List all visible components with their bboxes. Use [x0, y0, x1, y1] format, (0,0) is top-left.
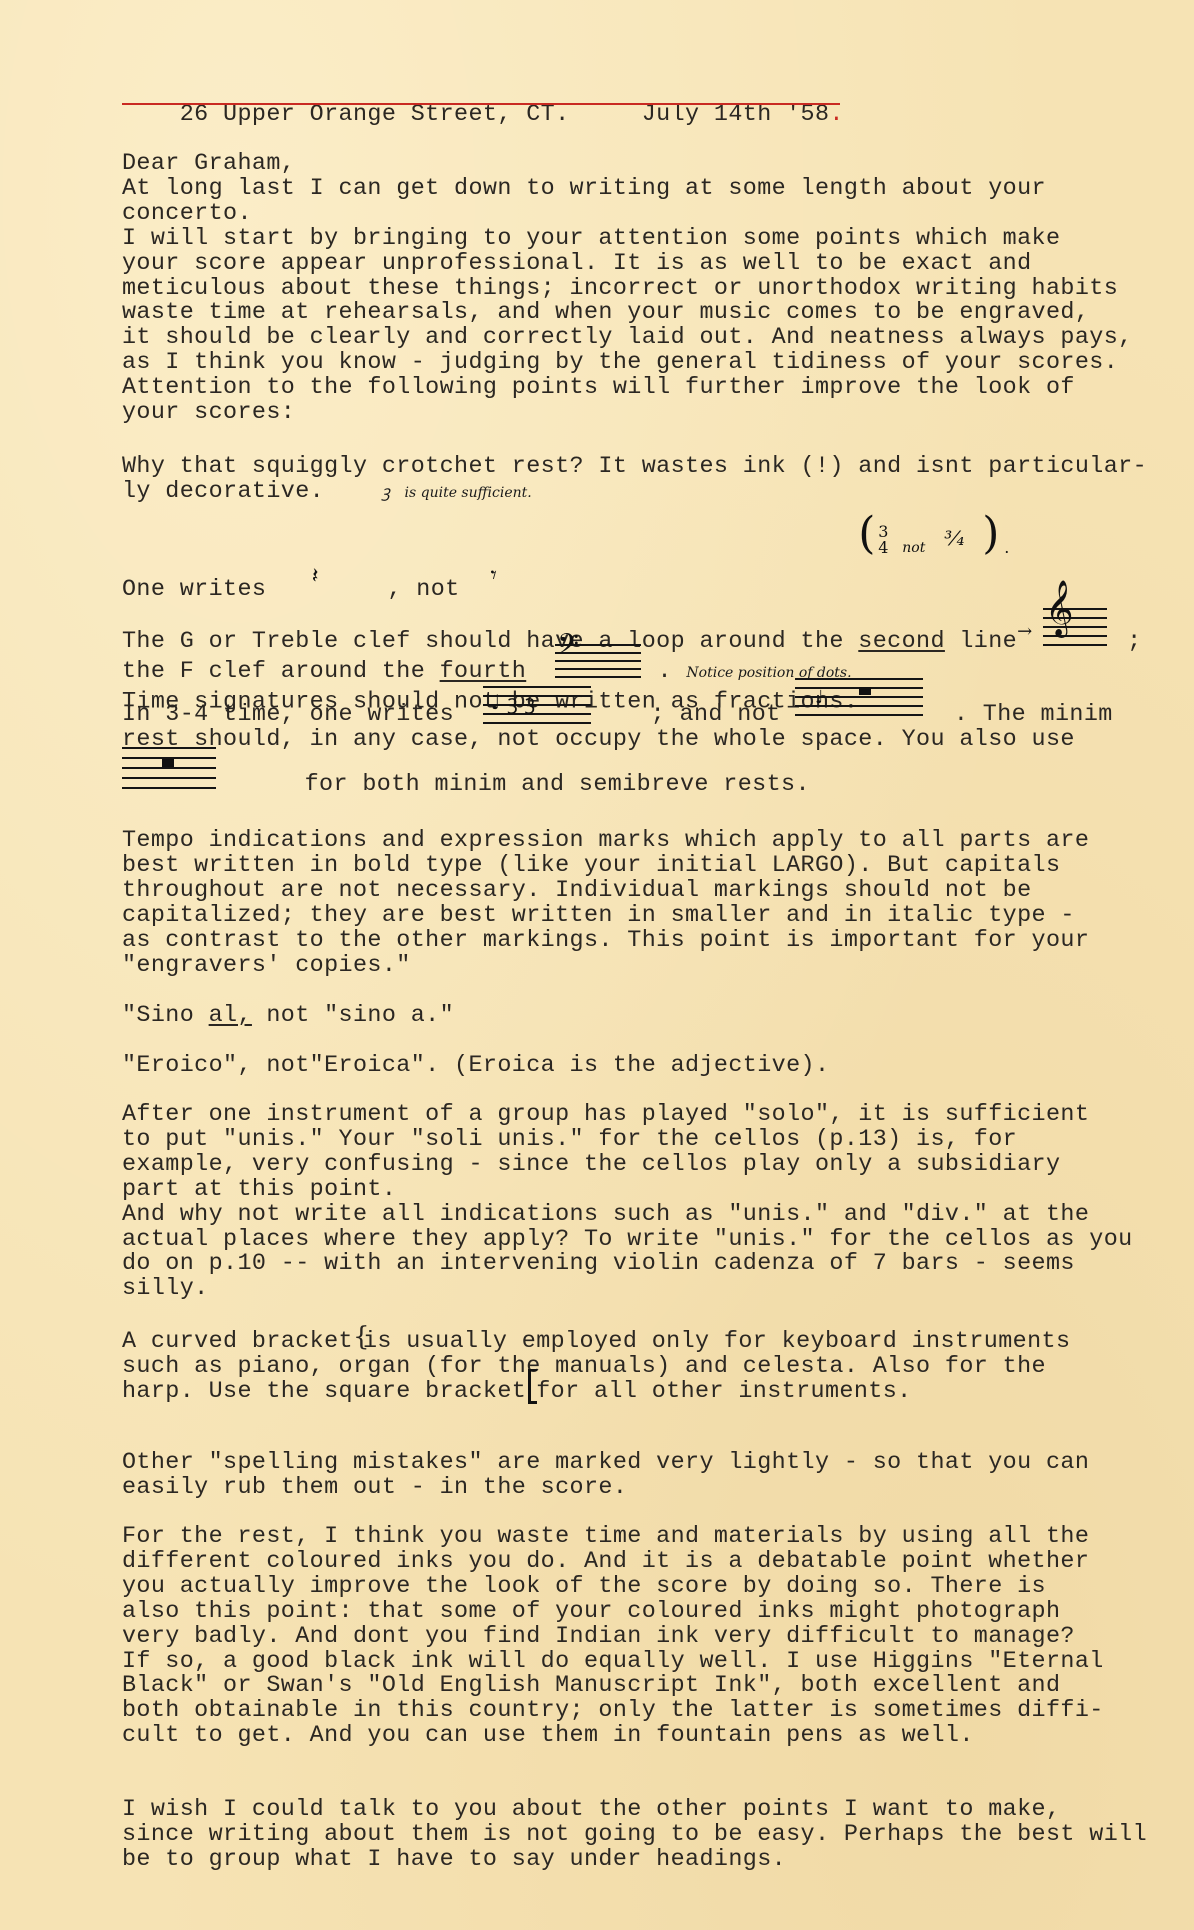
clef-line-2: the F clef around the fourth 𝄢 . Notice …	[122, 656, 1142, 686]
intro-line: At long last I can get down to writing a…	[122, 177, 1133, 202]
closing-line: be to group what I have to say under hea…	[122, 1848, 1147, 1873]
eroico-paragraph: "Eroico", not"Eroica". (Eroica is the ad…	[122, 1054, 829, 1079]
curved-bracket-icon: {	[353, 1327, 363, 1355]
solo-line: part at this point.	[122, 1178, 1133, 1203]
intro-block: Dear Graham, At long last I can get down…	[122, 152, 1133, 426]
tempo-line: as contrast to the other markings. This …	[122, 929, 1089, 954]
address: 26 Upper Orange Street, CT.	[180, 102, 570, 128]
handwritten-note: is quite sufficient.	[405, 485, 532, 501]
intro-line: as I think you know - judging by the gen…	[122, 351, 1133, 376]
minim-line-1: In 3-4 time, one writes ♩ ꝫ ꝫ ; and not …	[122, 700, 1113, 728]
accidental-correct-icon: 𝄽	[310, 577, 330, 601]
inks-line: If so, a good black ink will do equally …	[122, 1650, 1104, 1675]
minim-rest-correct-icon: ♩ ꝫ ꝫ	[483, 700, 593, 728]
tempo-line: capitalized; they are best written in sm…	[122, 904, 1089, 929]
solo-line: actual places where they apply? To write…	[122, 1228, 1133, 1253]
treble-clef-icon: → 𝄞	[1017, 626, 1127, 656]
inks-line: For the rest, I think you waste time and…	[122, 1525, 1104, 1550]
salutation: Dear Graham,	[122, 152, 1133, 177]
solo-paragraph: After one instrument of a group has play…	[122, 1103, 1133, 1302]
red-period: .	[829, 102, 843, 128]
inks-line: different coloured inks you do. And it i…	[122, 1550, 1104, 1575]
inks-line: cult to get. And you can use them in fou…	[122, 1724, 1104, 1749]
accidental-incorrect-icon: 𝄾	[489, 577, 513, 601]
inks-line: both obtainable in this country; only th…	[122, 1699, 1104, 1724]
crotchet-rest-icon: ꝫ	[382, 482, 390, 501]
one-writes-line: One writes 𝄽 , not 𝄾	[122, 577, 513, 603]
one-writes-paragraph: One writes 𝄽 , not 𝄾	[122, 577, 513, 603]
eroico-line: "Eroico", not"Eroica". (Eroica is the ad…	[122, 1054, 829, 1079]
bracket-line-3: harp. Use the square bracketfor all othe…	[122, 1380, 1070, 1405]
tempo-paragraph: Tempo indications and expression marks w…	[122, 829, 1089, 978]
closing-line: I wish I could talk to you about the oth…	[122, 1798, 1147, 1823]
minim-line-3: for both minim and semibreve rests.	[122, 769, 1113, 799]
intro-line: your score appear unprofessional. It is …	[122, 252, 1133, 277]
bracket-line-1: A curved bracket{is usually employed onl…	[122, 1327, 1070, 1355]
intro-line: I will start by bringing to your attenti…	[122, 227, 1133, 252]
inks-line: very badly. And dont you find Indian ink…	[122, 1625, 1104, 1650]
spelling-paragraph: Other "spelling mistakes" are marked ver…	[122, 1451, 1089, 1501]
intro-line: it should be clearly and correctly laid …	[122, 326, 1133, 351]
bracket-line-2: such as piano, organ (for the manuals) a…	[122, 1355, 1070, 1380]
sino-paragraph: "Sino al, not "sino a."	[122, 1004, 454, 1029]
bracket-paragraph: A curved bracket{is usually employed onl…	[122, 1327, 1070, 1405]
rest-example-icon	[122, 769, 218, 799]
red-underline	[122, 103, 840, 105]
intro-line: waste time at rehearsals, and when your …	[122, 301, 1133, 326]
inks-line: you actually improve the look of the sco…	[122, 1575, 1104, 1600]
solo-line: silly.	[122, 1277, 1133, 1302]
crotchet-paragraph: Why that squiggly crotchet rest? It wast…	[122, 455, 1147, 506]
solo-line: After one instrument of a group has play…	[122, 1103, 1133, 1128]
tempo-line: throughout are not necessary. Individual…	[122, 879, 1089, 904]
inks-line: Black" or Swan's "Old English Manuscript…	[122, 1674, 1104, 1699]
solo-line: do on p.10 -- with an intervening violin…	[122, 1252, 1133, 1277]
tempo-line: "engravers' copies."	[122, 954, 1089, 979]
intro-line: concerto.	[122, 202, 1133, 227]
square-bracket-icon	[526, 1381, 536, 1401]
crotchet-line-1: Why that squiggly crotchet rest? It wast…	[122, 455, 1147, 480]
solo-line: And why not write all indications such a…	[122, 1203, 1133, 1228]
bass-clef-icon: 𝄢	[555, 656, 643, 686]
minim-paragraph: In 3-4 time, one writes ♩ ꝫ ꝫ ; and not …	[122, 700, 1113, 799]
sino-line: "Sino al, not "sino a."	[122, 1004, 454, 1029]
intro-line: meticulous about these things; incorrect…	[122, 277, 1133, 302]
spelling-line: easily rub them out - in the score.	[122, 1476, 1089, 1501]
date: July 14th '58	[642, 102, 830, 128]
closing-line: since writing about them is not going to…	[122, 1823, 1147, 1848]
crotchet-line-2: ly decorative. ꝫ is quite sufficient.	[122, 480, 1147, 506]
minim-rest-incorrect-icon: ♩	[795, 700, 925, 728]
solo-line: to put "unis." Your "soli unis." for the…	[122, 1128, 1133, 1153]
closing-paragraph: I wish I could talk to you about the oth…	[122, 1798, 1147, 1873]
tempo-line: Tempo indications and expression marks w…	[122, 829, 1089, 854]
tempo-line: best written in bold type (like your ini…	[122, 854, 1089, 879]
time-signature-handwritten-example: ( 34 not ³⁄₄ ) .	[858, 528, 1028, 568]
inks-line: also this point: that some of your colou…	[122, 1600, 1104, 1625]
intro-line: Attention to the following points will f…	[122, 376, 1133, 401]
spelling-line: Other "spelling mistakes" are marked ver…	[122, 1451, 1089, 1476]
clef-paragraph: The G or Treble clef should have a loop …	[122, 626, 1142, 686]
inks-paragraph: For the rest, I think you waste time and…	[122, 1525, 1104, 1749]
solo-line: example, very confusing - since the cell…	[122, 1153, 1133, 1178]
intro-line: your scores:	[122, 401, 1133, 426]
